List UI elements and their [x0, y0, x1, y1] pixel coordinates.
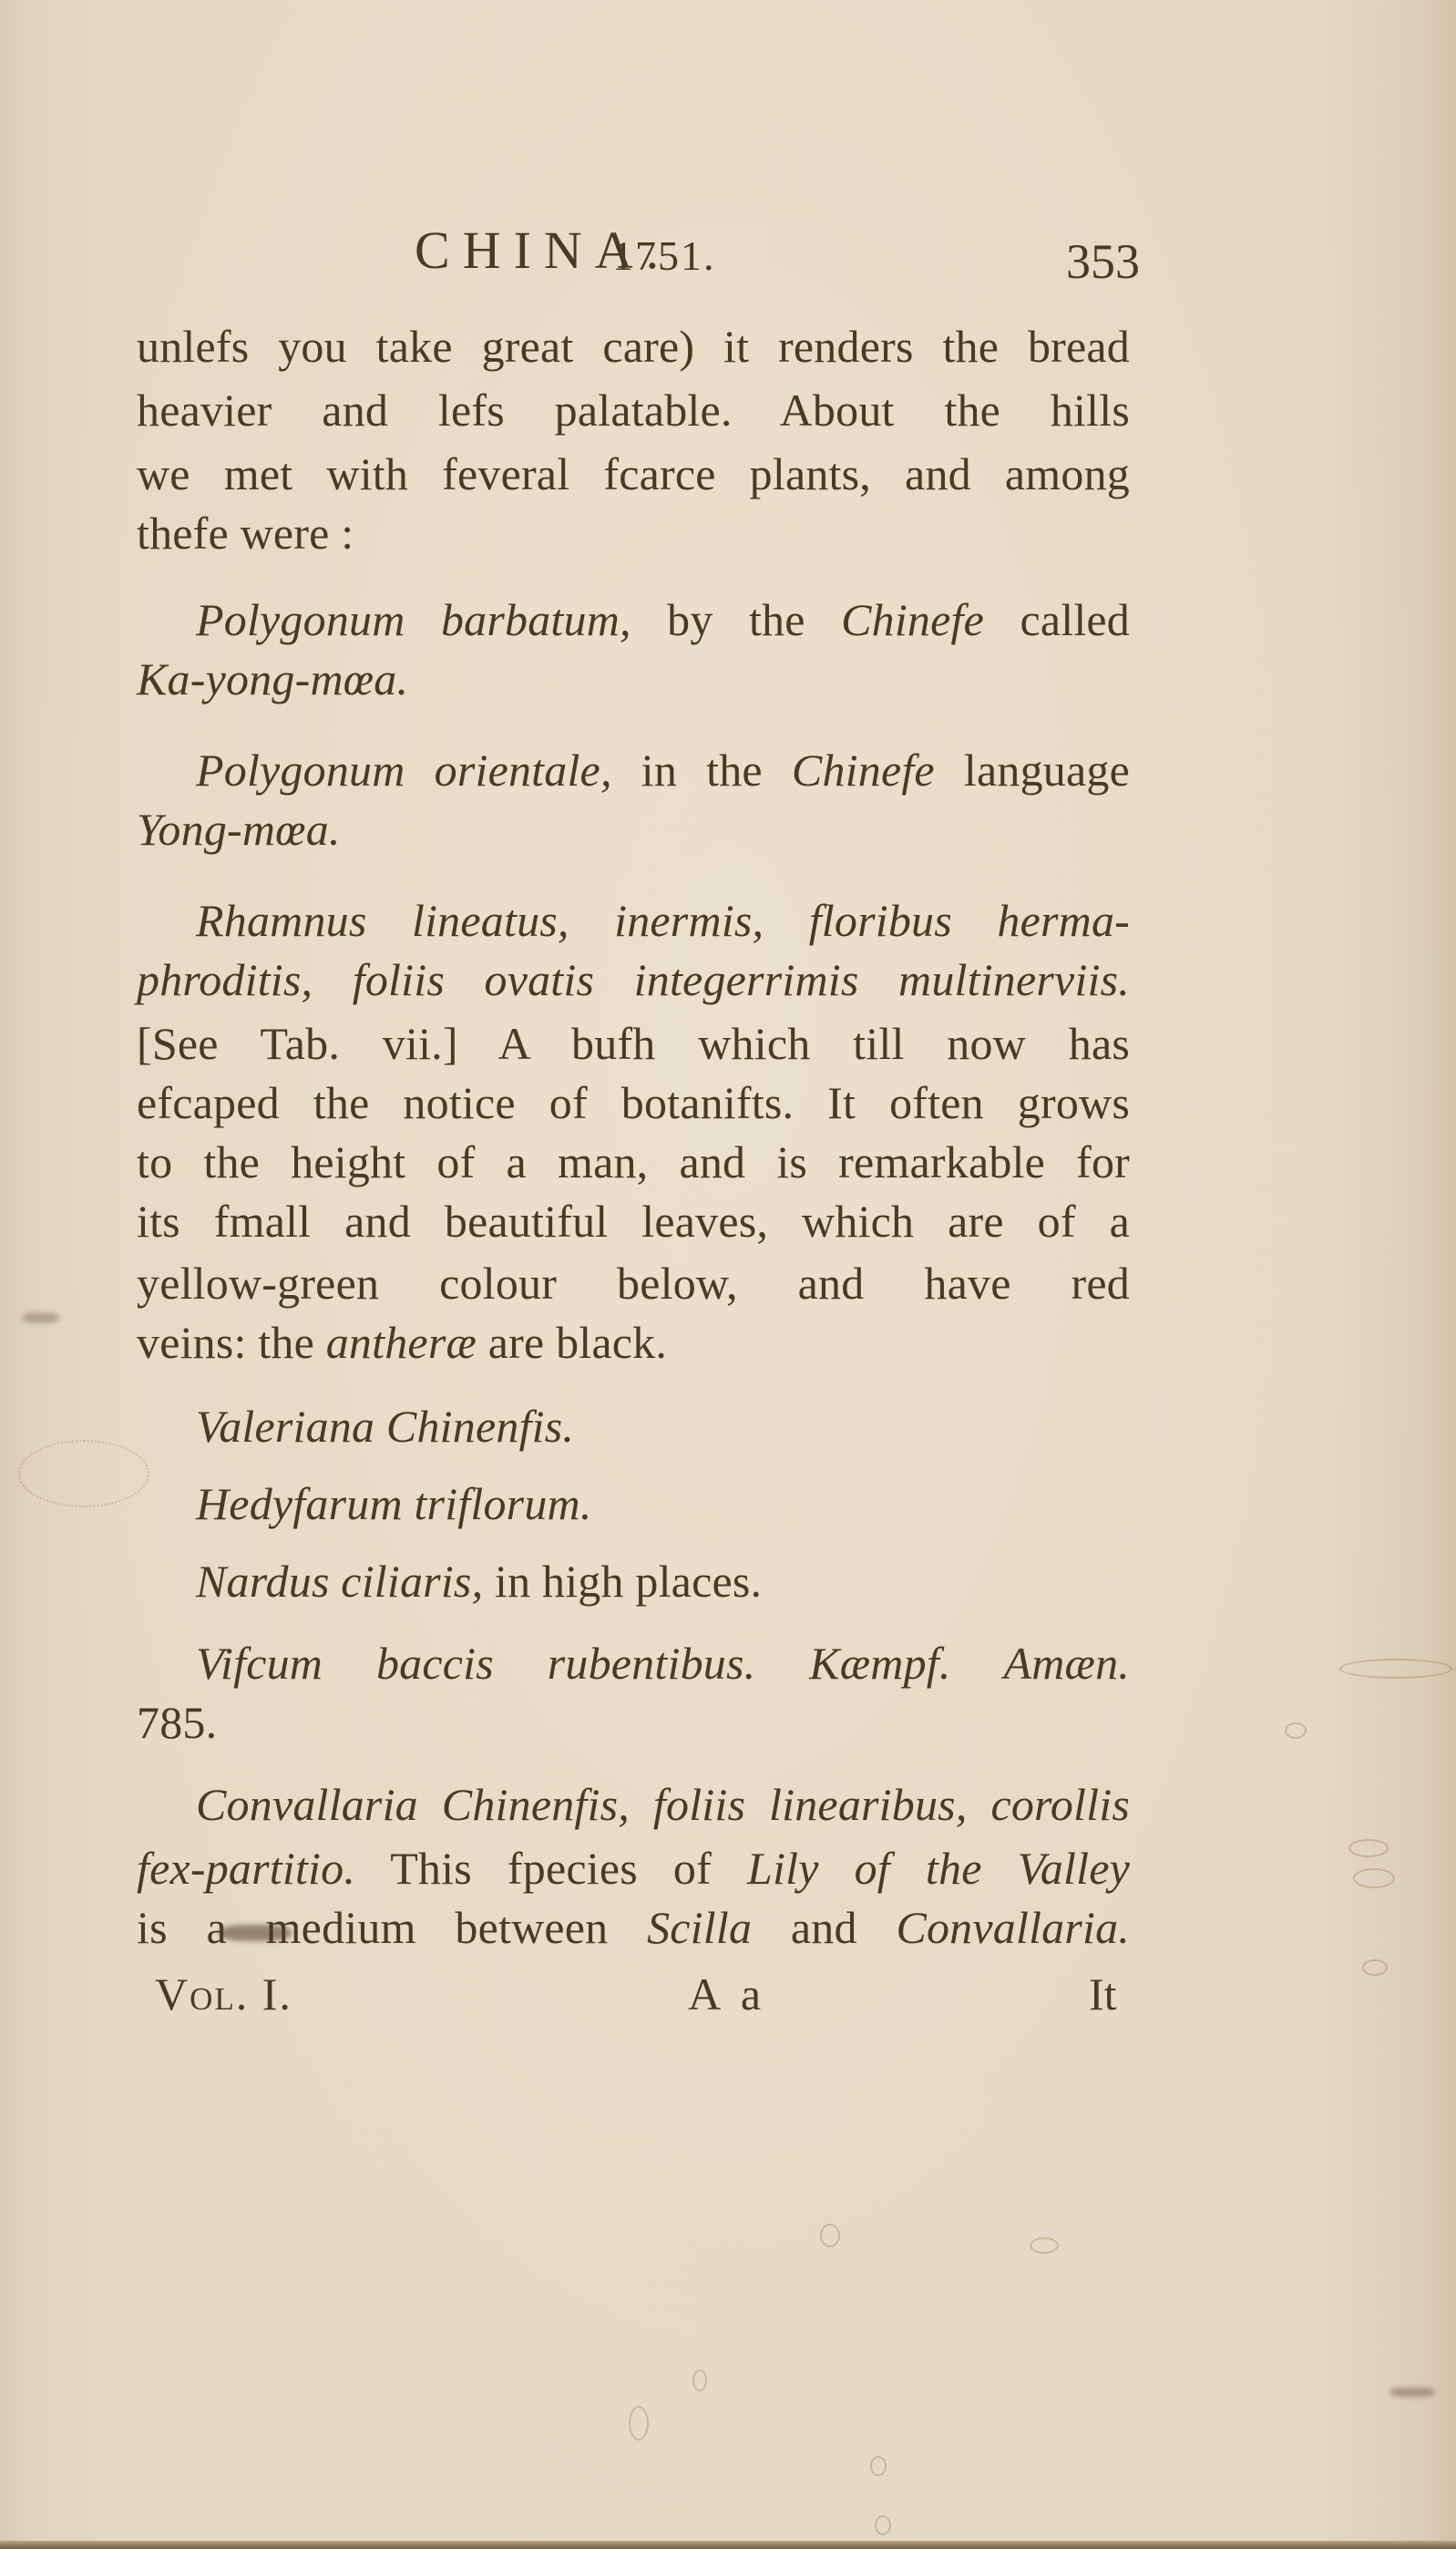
- chinese-name: Yong-mœa.: [137, 802, 1130, 857]
- latin-name: Vifcum baccis rubentibus. Kæmpf. Amæn.: [196, 1636, 1130, 1691]
- text-line: fex-partitio. This fpecies of Lily of th…: [137, 1841, 1130, 1896]
- text-line: 785.: [137, 1695, 1130, 1750]
- text-line: veins: the antheræ are black.: [137, 1315, 1130, 1370]
- text-line: heavier and lefs palatable. About the hi…: [137, 383, 1130, 437]
- paper-stain: [1389, 2388, 1435, 2397]
- latin-name: Polygonum barbatum,: [196, 594, 631, 645]
- paper-flaw: [1285, 1722, 1307, 1739]
- text-span: called: [1020, 594, 1130, 645]
- catchword: It: [1089, 1967, 1117, 2021]
- italic-term: Scilla: [647, 1902, 752, 1953]
- plant-entry-line: Polygonum barbatum, by the Chinefe calle…: [196, 592, 1130, 647]
- text-span: and: [791, 1902, 857, 1953]
- text-line: efcaped the notice of botanifts. It ofte…: [137, 1075, 1130, 1130]
- paper-stain: [23, 1312, 59, 1323]
- paper-flaw: [875, 2515, 891, 2535]
- text-line: [See Tab. vii.] A bufh which till now ha…: [137, 1016, 1130, 1071]
- header-year: 1751.: [612, 224, 716, 288]
- paper-flaw: [1030, 2237, 1059, 2254]
- paper-flaw: [629, 2406, 649, 2441]
- text-line: we met with feveral fcarce plants, and a…: [137, 447, 1130, 501]
- text-line: thefe were :: [137, 506, 1130, 560]
- latin-description: phroditis, foliis ovatis integerrimis mu…: [137, 952, 1130, 1007]
- latin-name: Hedyfarum triflorum.: [196, 1476, 1130, 1531]
- latin-name: Polygonum orientale,: [196, 745, 612, 796]
- italic-term: fex-partitio.: [137, 1843, 355, 1894]
- text-span: are black.: [488, 1317, 667, 1368]
- italic-term: antheræ: [326, 1317, 477, 1368]
- text-line: unlefs you take great care) it renders t…: [137, 319, 1130, 374]
- text-span: is a medium between: [137, 1902, 608, 1953]
- italic-term: Lily of the Valley: [747, 1843, 1130, 1894]
- italic-term: Chinefe: [792, 745, 935, 796]
- text-line: its fmall and beautiful leaves, which ar…: [137, 1194, 1130, 1249]
- text-span: by the: [667, 594, 805, 645]
- page-bottom-edge: [0, 2541, 1456, 2549]
- text-line: to the height of a man, and is remarkabl…: [137, 1135, 1130, 1189]
- volume-mark: Vol. I.: [155, 1967, 292, 2021]
- paper-flaw: [1362, 1959, 1388, 1976]
- italic-term: Convallaria.: [896, 1902, 1130, 1953]
- text-span: language: [964, 745, 1130, 796]
- plant-entry-line: Nardus ciliaris, in high places.: [196, 1554, 1130, 1609]
- book-page: CHINA. 1751. 353 unlefs you take great c…: [0, 0, 1456, 2549]
- paper-flaw: [1339, 1659, 1452, 1679]
- latin-name: Nardus ciliaris,: [196, 1556, 483, 1607]
- text-line: yellow-green colour below, and have red: [137, 1256, 1130, 1310]
- text-span: in the: [641, 745, 763, 796]
- plant-entry-line: Polygonum orientale, in the Chinefe lang…: [196, 743, 1130, 797]
- latin-name: Rhamnus lineatus, inermis, floribus herm…: [196, 893, 1130, 948]
- italic-term: Chinefe: [841, 594, 984, 645]
- text-span: This fpecies of: [390, 1843, 712, 1894]
- latin-name: Valeriana Chinenfis.: [196, 1399, 1130, 1454]
- text-span: in high places.: [495, 1556, 762, 1607]
- latin-name: Convallaria Chinenfis, foliis linearibus…: [196, 1777, 1130, 1832]
- page-number: 353: [1066, 230, 1140, 293]
- text-span: veins: the: [137, 1317, 314, 1368]
- paper-flaw: [870, 2456, 887, 2476]
- paper-flaw: [692, 2369, 707, 2391]
- paper-flaw: [1353, 1868, 1395, 1888]
- ink-smudge: [219, 1925, 292, 1941]
- signature-mark: A a: [688, 1967, 766, 2021]
- chinese-name: Ka-yong-mœa.: [137, 652, 1130, 706]
- paper-flaw: [1348, 1839, 1389, 1857]
- paper-flaw: [820, 2224, 840, 2247]
- water-stain: [18, 1440, 149, 1507]
